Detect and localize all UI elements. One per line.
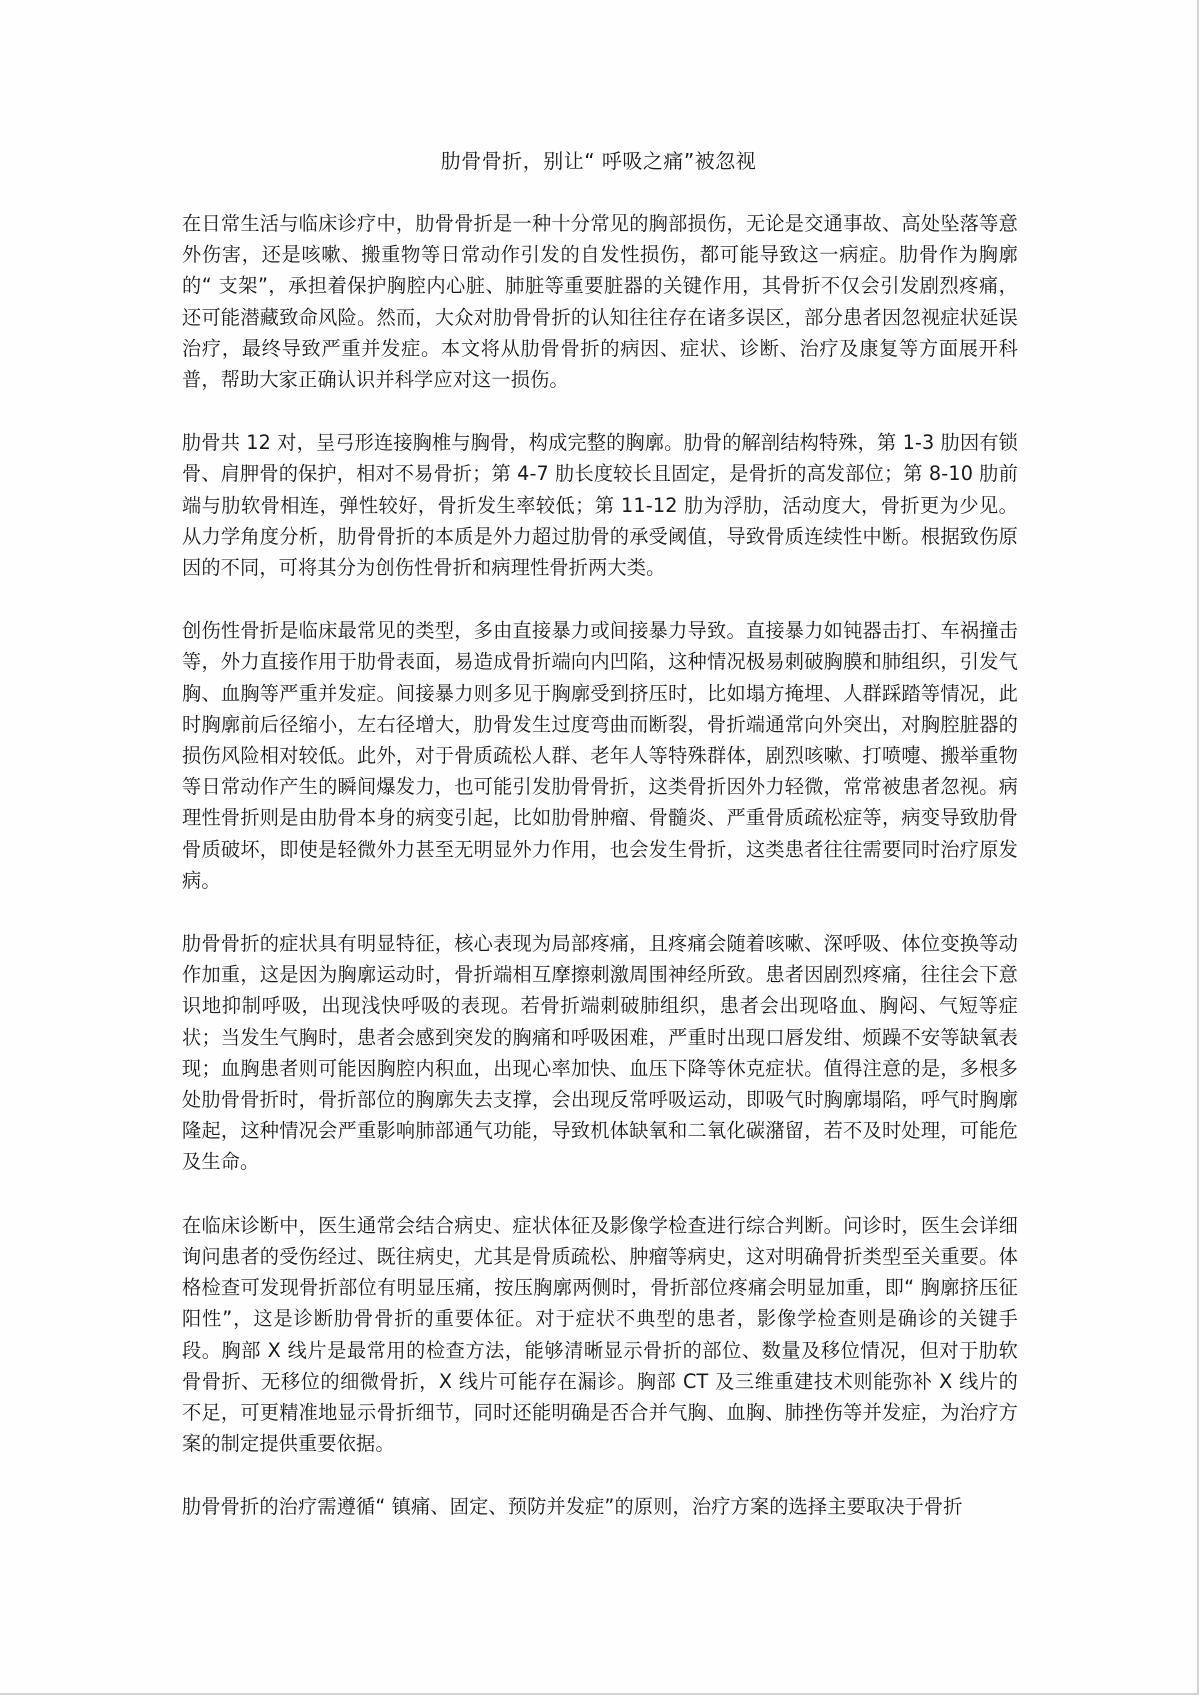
document-page: 肋骨骨折，别让“ 呼吸之痛”被忽视 在日常生活与临床诊疗中，肋骨骨折是一种十分常… <box>0 0 1199 1695</box>
document-title: 肋骨骨折，别让“ 呼吸之痛”被忽视 <box>0 146 1197 176</box>
paragraph-causes: 创伤性骨折是临床最常见的类型，多由直接暴力或间接暴力导致。直接暴力如钝器击打、车… <box>182 615 1018 896</box>
paragraph-introduction: 在日常生活与临床诊疗中，肋骨骨折是一种十分常见的胸部损伤，无论是交通事故、高处坠… <box>182 208 1018 395</box>
document-body: 在日常生活与临床诊疗中，肋骨骨折是一种十分常见的胸部损伤，无论是交通事故、高处坠… <box>182 208 1018 1555</box>
paragraph-anatomy: 肋骨共 12 对，呈弓形连接胸椎与胸骨，构成完整的胸廓。肋骨的解剖结构特殊，第 … <box>182 427 1018 583</box>
paragraph-diagnosis: 在临床诊断中，医生通常会结合病史、症状体征及影像学检查进行综合判断。问诊时，医生… <box>182 1210 1018 1460</box>
paragraph-treatment: 肋骨骨折的治疗需遵循“ 镇痛、固定、预防并发症”的原则，治疗方案的选择主要取决于… <box>182 1491 1018 1522</box>
paragraph-symptoms: 肋骨骨折的症状具有明显特征，核心表现为局部疼痛，且疼痛会随着咳嗽、深呼吸、体位变… <box>182 928 1018 1178</box>
